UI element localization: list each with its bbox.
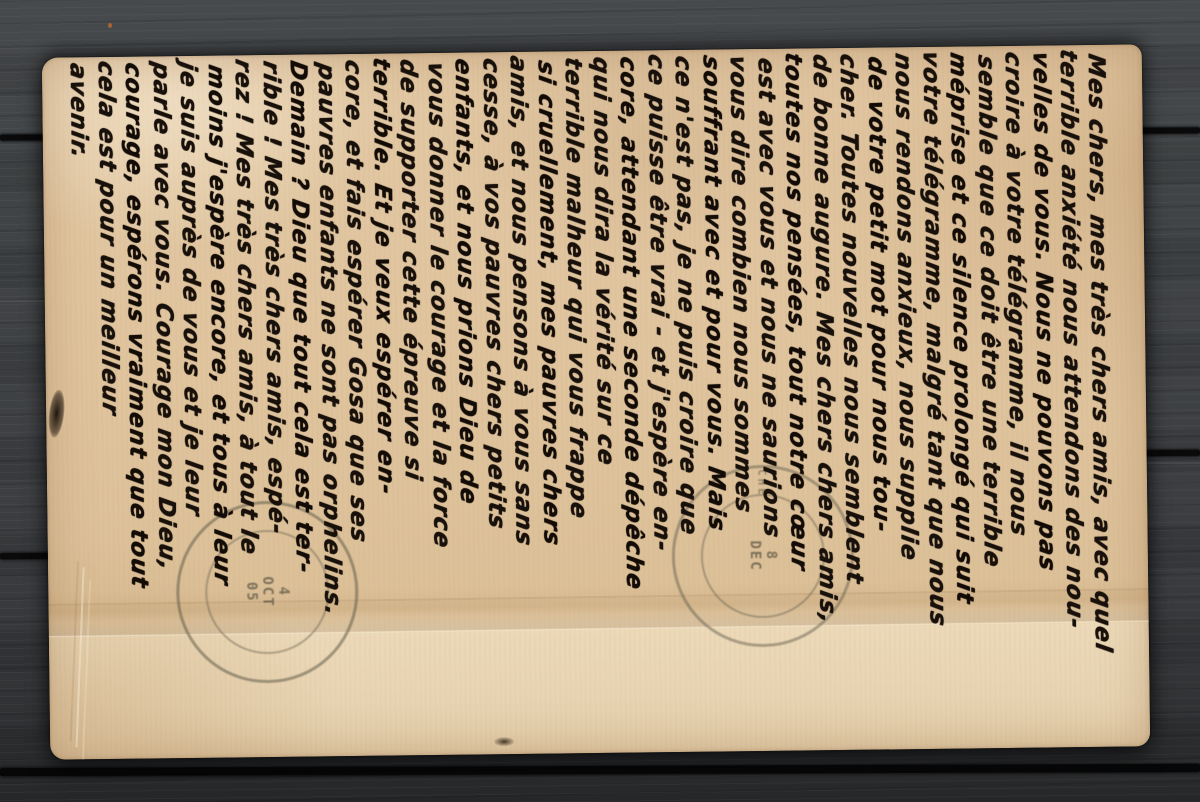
postcard-photo: 4 OCT 05 CHE 8 DEC Mes chers, mes très c… (0, 0, 1200, 802)
postcard: 4 OCT 05 CHE 8 DEC Mes chers, mes très c… (42, 44, 1150, 759)
ink-blotch-left-edge (47, 389, 67, 438)
wood-speck (108, 23, 112, 28)
handwritten-message: Mes chers, mes très chers amis, avec que… (63, 51, 1117, 764)
wood-plank-highlight-right (1142, 462, 1200, 464)
